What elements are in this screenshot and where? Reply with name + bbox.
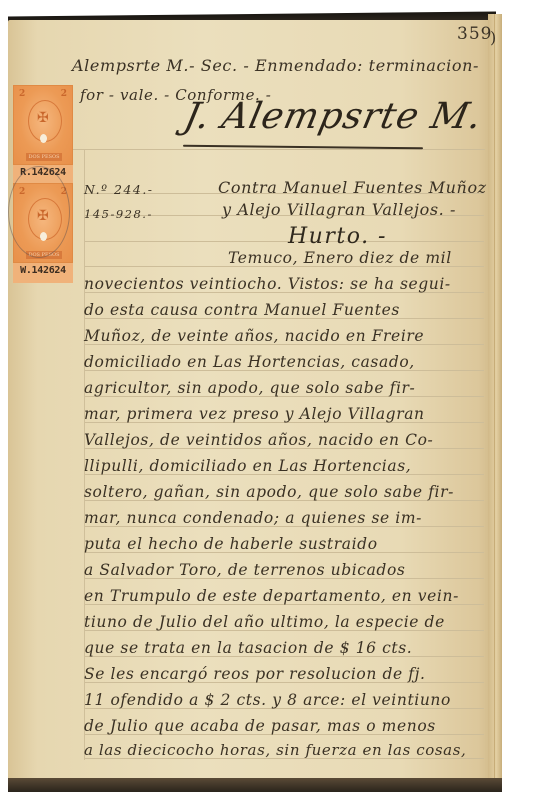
case-parties: y Alejo Villagran Vallejos. - (222, 200, 456, 219)
book-cover-bottom-edge (8, 778, 502, 792)
text-line: a las diecicocho horas, sin fuerza en la… (84, 741, 466, 759)
page-number: 359 (457, 24, 492, 44)
punch-hole (40, 134, 47, 143)
text-line: mar, nunca condenado; a quienes se im- (84, 509, 422, 527)
text-line: domiciliado en Las Hortencias, casado, (84, 353, 415, 371)
text-line: 11 ofendido a $ 2 cts. y 8 arce: el vein… (84, 691, 451, 709)
stamp-serial: W.142624 (13, 265, 73, 276)
text-line: Temuco, Enero diez de mil (228, 249, 452, 267)
page-stack-edge (488, 14, 502, 790)
text-line: Muñoz, de veinte años, nacido en Freire (84, 327, 424, 345)
text-line: agricultor, sin apodo, que solo sabe fir… (84, 379, 415, 397)
postmark-cancellation (8, 166, 70, 258)
text-line: tiuno de Julio del año ultimo, la especi… (84, 613, 445, 631)
text-line: Se les encargó reos por resolucion de fj… (84, 665, 426, 683)
page-number-bracket: ) (490, 28, 496, 47)
revenue-stamp: 2 2 DOS PESOS (13, 85, 73, 165)
file-number: 145-928.- (84, 207, 153, 221)
text-line: do esta causa contra Manuel Fuentes (84, 301, 400, 319)
text-line: de Julio que acaba de pasar, mas o menos (84, 717, 436, 735)
text-line: soltero, gañan, sin apodo, que solo sabe… (84, 483, 454, 501)
text-line: novecientos veintiocho. Vistos: se ha se… (84, 275, 451, 293)
text-line: a Salvador Toro, de terrenos ubicados (84, 561, 405, 579)
signature: J. Alempsrte M. (181, 96, 486, 137)
text-line: mar, primera vez preso y Alejo Villagran (84, 405, 425, 423)
case-parties: Contra Manuel Fuentes Muñoz (218, 178, 487, 197)
text-line: en Trumpulo de este departamento, en vei… (84, 587, 459, 605)
case-title: Hurto. - (288, 224, 387, 249)
text-line: que se trata en la tasacion de $ 16 cts. (84, 639, 412, 657)
text-line: Vallejos, de veintidos años, nacido en C… (84, 431, 433, 449)
text-line: puta el hecho de haberle sustraido (84, 535, 378, 553)
text-line: llipulli, domiciliado en Las Hortencias, (84, 457, 411, 475)
case-number: N.º 244.- (84, 182, 154, 197)
margin-note-line: Alempsrte M.- Sec. - Enmendado: terminac… (72, 56, 479, 75)
